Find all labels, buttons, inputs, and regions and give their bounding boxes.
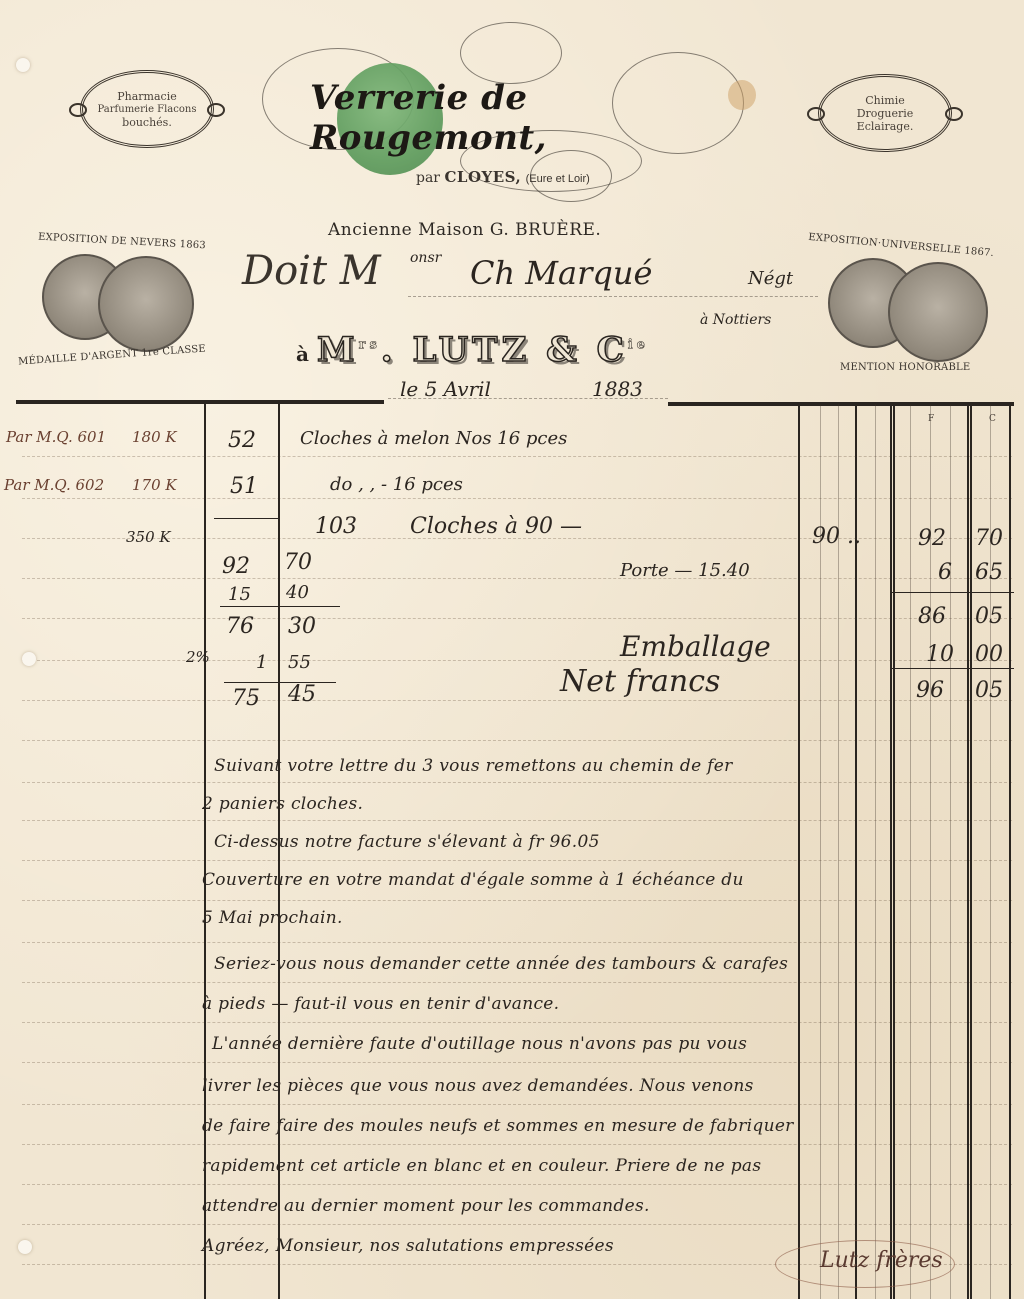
column-guide — [950, 404, 951, 1299]
letter-line: à pieds — faut-il vous en tenir d'avance… — [202, 994, 559, 1014]
right-cartouche: Chimie Droguerie Eclairage. — [818, 74, 952, 152]
letter-line: rapidement cet article en blanc et en co… — [202, 1156, 761, 1176]
row-centimes: 00 — [975, 642, 1003, 667]
row-francs: 10 — [926, 642, 954, 667]
row-francs: 86 — [918, 604, 946, 629]
table-top-rule — [16, 400, 384, 404]
location-city: CLOYES, — [444, 168, 521, 186]
margin-ref: Par M.Q. 602 — [4, 476, 104, 494]
subtotal-line — [890, 592, 1014, 593]
row-francs: 6 — [938, 560, 952, 585]
location-prefix: par — [416, 170, 440, 186]
left-cartouche: Pharmacie Parfumerie Flacons bouchés. — [80, 70, 214, 148]
creditor-sup: rs — [359, 338, 381, 353]
punch-hole — [16, 58, 30, 72]
calc-a: 92 — [222, 554, 250, 579]
medal-portrait — [98, 256, 194, 352]
creditor-m: M — [317, 330, 359, 370]
addressee-title: onsr — [410, 250, 441, 266]
quantity: 51 — [230, 474, 258, 499]
right-medal-group: EXPOSITION·UNIVERSELLE 1867. MENTION HON… — [808, 240, 1018, 380]
calc-b: 55 — [288, 652, 311, 673]
row-centimes: 70 — [975, 526, 1003, 551]
row-francs: 96 — [916, 678, 944, 703]
former-house: Ancienne Maison G. BRUÈRE. — [328, 220, 601, 240]
column-divider — [967, 404, 969, 1299]
row-francs: 92 — [918, 526, 946, 551]
letter-line: livrer les pièces que vous nous avez dem… — [202, 1076, 754, 1096]
letter-line: 5 Mai prochain. — [202, 908, 343, 928]
medal-bottom-label: MENTION HONORABLE — [840, 362, 970, 373]
francs-header: F — [928, 414, 934, 424]
creditor-prefix: à — [296, 342, 309, 366]
brace-line — [214, 518, 280, 519]
creditor-rest: . LUTZ & C — [381, 330, 628, 370]
letter-line: 2 paniers cloches. — [202, 794, 363, 814]
addressee-name: Ch Marqué — [470, 254, 652, 292]
row-description: Emballage — [620, 630, 771, 663]
creditor-suffix: ie — [628, 338, 649, 353]
column-divider — [1009, 404, 1011, 1299]
left-medal-group: EXPOSITION DE NEVERS 1863 MÉDAILLE D'ARG… — [18, 232, 228, 372]
column-divider — [970, 404, 972, 1299]
calc-a: 75 — [232, 686, 260, 711]
letter-line: Couverture en votre mandat d'égale somme… — [202, 870, 744, 890]
calc-b: 30 — [288, 614, 316, 639]
medal-allegory — [888, 262, 988, 362]
punch-hole — [22, 652, 36, 666]
total-line — [890, 668, 1014, 669]
company-location: par CLOYES, (Eure et Loir) — [416, 168, 590, 186]
row-centimes: 05 — [975, 604, 1003, 629]
calc-b: 40 — [286, 582, 309, 603]
margin-weight: 180 K — [132, 428, 177, 446]
letter-line: L'année dernière faute d'outillage nous … — [212, 1034, 747, 1054]
cartouche-line: Parfumerie Flacons — [98, 103, 197, 116]
quantity: 52 — [228, 428, 256, 453]
creditor-name: àMrs. LUTZ & Cie — [296, 330, 649, 370]
column-guide — [910, 404, 911, 1299]
margin-weight: 170 K — [132, 476, 177, 494]
addressee-underline — [408, 296, 818, 297]
cartouche-line: Chimie — [865, 94, 904, 107]
letter-line: attendre au dernier moment pour les comm… — [202, 1196, 650, 1216]
centimes-header: C — [989, 414, 996, 424]
row-description: Porte — 15.40 — [620, 560, 750, 581]
letter-line: Ci-dessus notre facture s'élevant à fr 9… — [214, 832, 600, 852]
row-description: Net francs — [560, 664, 720, 699]
date-underline — [388, 398, 668, 399]
column-divider — [890, 404, 892, 1299]
addressee-town: à Nottiers — [700, 312, 771, 328]
medal-top-label: EXPOSITION DE NEVERS 1863 — [38, 232, 206, 252]
calc-a: 76 — [226, 614, 254, 639]
calc-line — [224, 682, 336, 683]
calc-b: 45 — [288, 682, 316, 707]
medal-top-label: EXPOSITION·UNIVERSELLE 1867. — [808, 232, 994, 259]
row-unit-price: 90 .. — [812, 524, 861, 549]
medal-bottom-label: MÉDAILLE D'ARGENT 1re CLASSE — [18, 343, 206, 367]
cartouche-line: Eclairage. — [857, 120, 914, 133]
row-centimes: 65 — [975, 560, 1003, 585]
calc-a: 1 — [256, 652, 267, 673]
letter-line: Agréez, Monsieur, nos salutations empres… — [202, 1236, 614, 1256]
row-centimes: 05 — [975, 678, 1003, 703]
letter-line: Seriez-vous nous demander cette année de… — [214, 954, 788, 974]
stain — [728, 80, 756, 110]
signature: Lutz frères — [820, 1248, 943, 1273]
margin-ref: Par M.Q. 601 — [6, 428, 106, 446]
letter-line: de faire faire des moules neufs et somme… — [202, 1116, 794, 1136]
row-qty-total: 103 — [315, 514, 357, 539]
flourish-ornament — [460, 22, 562, 84]
punch-hole — [18, 1240, 32, 1254]
cartouche-line: Pharmacie — [117, 90, 176, 103]
total-weight: 350 K — [126, 528, 171, 546]
location-region: (Eure et Loir) — [526, 173, 590, 185]
cartouche-line: bouchés. — [122, 116, 172, 129]
company-name: Verrerie de Rougemont, — [310, 78, 710, 158]
calc-pct: 2% — [186, 648, 210, 666]
row-description: Cloches à melon Nos 16 pces — [300, 428, 567, 449]
letter-line: Suivant votre lettre du 3 vous remettons… — [214, 756, 733, 776]
row-description: do , , - 16 pces — [330, 474, 463, 495]
column-divider — [893, 404, 895, 1299]
row-description: Cloches à 90 — — [410, 514, 582, 539]
column-guide — [875, 404, 876, 1299]
doit-label: Doit M — [242, 248, 381, 294]
calc-line — [220, 606, 340, 607]
calc-b: 70 — [284, 550, 312, 575]
column-divider — [798, 404, 800, 1299]
calc-a: 15 — [228, 584, 251, 605]
table-top-rule — [668, 402, 1014, 406]
addressee-trade: Négt — [748, 268, 793, 289]
cartouche-line: Droguerie — [857, 107, 914, 120]
